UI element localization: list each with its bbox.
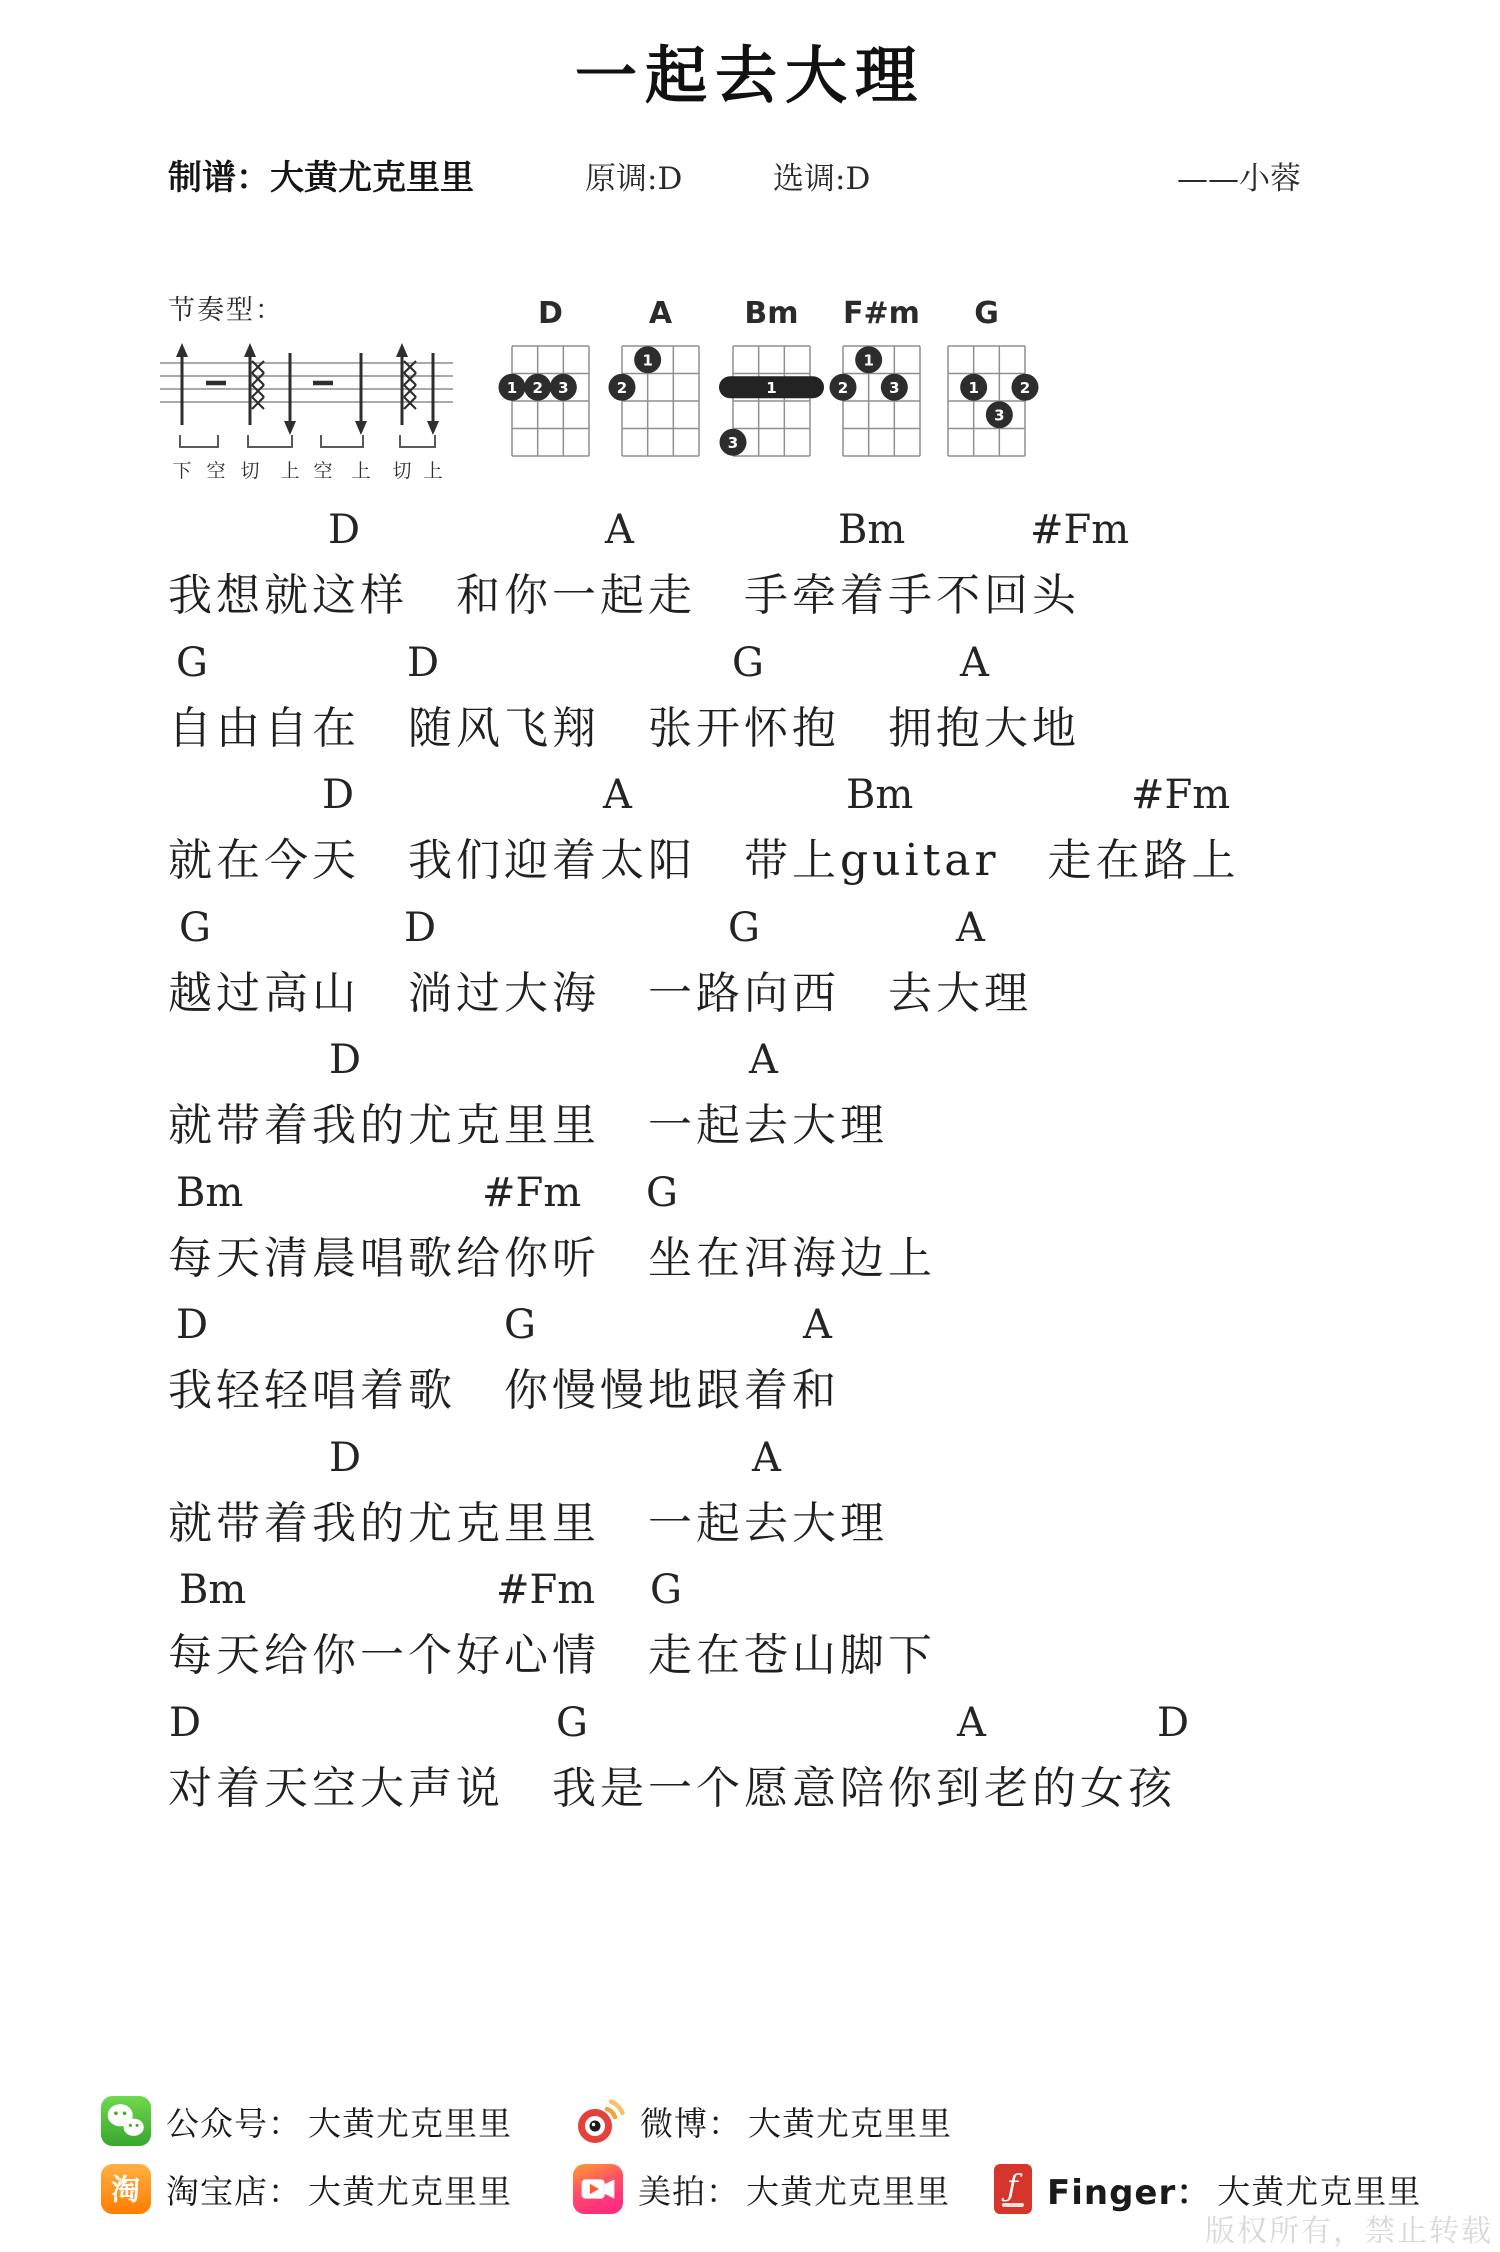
arrowhead-down <box>284 421 296 435</box>
chord-mark: Bm <box>838 507 905 553</box>
chord-mark: G <box>179 905 211 951</box>
lyric-text: 每天给你一个好心情 走在苍山脚下 <box>168 1619 936 1683</box>
stroke-label: 切 <box>392 460 411 482</box>
chord-diagram-name: G <box>928 296 1045 334</box>
chord-mark: A <box>803 1302 832 1348</box>
lyric-text: 就在今天 我们迎着太阳 带上guitar 走在路上 <box>168 824 1240 888</box>
chord-mark: D <box>328 507 360 553</box>
song-line-7: DGA我轻轻唱着歌 你慢慢地跟着和 <box>0 1302 1500 1434</box>
chord-mark: A <box>956 905 985 951</box>
chord-mark: G <box>732 640 764 686</box>
beat-bracket <box>248 435 292 447</box>
chord-mark: A <box>960 640 989 686</box>
chord-mark: #Fm <box>1030 507 1129 553</box>
fretboard-grid: 123 <box>823 334 940 468</box>
song-line-9: Bm#FmG每天给你一个好心情 走在苍山脚下 <box>0 1567 1500 1699</box>
song-line-2: GDGA自由自在 随风飞翔 张开怀抱 拥抱大地 <box>0 640 1500 772</box>
chord-mark: Bm <box>179 1567 246 1613</box>
chord-mark: D <box>329 1037 361 1083</box>
footer-value: 大黄尤克里里 <box>748 2098 952 2145</box>
chord-mark: #Fm <box>496 1567 595 1613</box>
arrowhead-up <box>176 343 188 357</box>
chord-diagram-name: D <box>492 296 609 334</box>
chord-diagram-name: Bm <box>713 296 830 334</box>
chord-mark: D <box>407 640 439 686</box>
finger-icon: ƒ <box>993 2163 1033 2215</box>
arrowhead-down <box>355 421 367 435</box>
chord-mark: Bm <box>176 1170 243 1216</box>
chord-mark: G <box>646 1170 678 1216</box>
footer-label: 淘宝店： <box>166 2166 302 2213</box>
stroke-label: 切 <box>240 460 259 482</box>
wechat-icon <box>100 2095 152 2147</box>
lyric-text: 就带着我的尤克里里 一起去大理 <box>168 1487 888 1551</box>
arranger-credit: 制谱：大黄尤克里里 <box>168 150 474 199</box>
lyric-text: 自由自在 随风飞翔 张开怀抱 拥抱大地 <box>168 692 1080 756</box>
chord-mark: D <box>329 1435 361 1481</box>
footer-value: 大黄尤克里里 <box>746 2166 950 2213</box>
chord-mark: A <box>749 1037 778 1083</box>
stroke-label: 下 <box>172 460 191 482</box>
fretboard-grid: 123 <box>928 334 1045 468</box>
footer-value: 大黄尤克里里 <box>308 2166 512 2213</box>
arrowhead-up <box>244 343 256 357</box>
beat-bracket <box>180 435 218 447</box>
arrowhead-down <box>427 421 439 435</box>
author-credit: ——小蓉 <box>1177 153 1301 198</box>
lyric-text: 每天清晨唱歌给你听 坐在洱海边上 <box>168 1222 936 1286</box>
footer-item-taobao: 淘 淘宝店： 大黄尤克里里 <box>100 2161 512 2217</box>
finger-number: 3 <box>994 406 1004 424</box>
chord-mark: G <box>176 640 208 686</box>
song-line-10: DGAD对着天空大声说 我是一个愿意陪你到老的女孩 <box>0 1700 1500 1832</box>
chord-diagram-Fsharpm: F#m123 <box>823 296 940 468</box>
lyric-text: 越过高山 淌过大海 一路向西 去大理 <box>168 957 1032 1021</box>
finger-number: 1 <box>863 351 873 369</box>
finger-number: 1 <box>642 351 652 369</box>
song-line-5: DA就带着我的尤克里里 一起去大理 <box>0 1037 1500 1169</box>
chord-mark: D <box>322 772 354 818</box>
barre-finger-number: 1 <box>766 379 776 397</box>
rhythm-svg: 下空切上空上切上 <box>155 333 465 483</box>
song-line-1: DABm#Fm我想就这样 和你一起走 手牵着手不回头 <box>0 507 1500 639</box>
song-line-6: Bm#FmG每天清晨唱歌给你听 坐在洱海边上 <box>0 1170 1500 1302</box>
footer-label: 公众号： <box>166 2098 302 2145</box>
footer-label: 美拍： <box>638 2166 740 2213</box>
finger-number: 2 <box>532 379 542 397</box>
rhythm-pattern-label: 节奏型： <box>168 288 284 327</box>
lyric-text: 就带着我的尤克里里 一起去大理 <box>168 1089 888 1153</box>
chord-mark: G <box>556 1700 588 1746</box>
footer-label: 微博： <box>640 2098 742 2145</box>
chord-mark: #Fm <box>482 1170 581 1216</box>
chord-mark: D <box>1157 1700 1189 1746</box>
meipai-icon <box>572 2163 624 2215</box>
lyric-text: 对着天空大声说 我是一个愿意陪你到老的女孩 <box>168 1752 1176 1816</box>
original-key: 原调:D <box>585 153 682 198</box>
chord-mark: G <box>504 1302 536 1348</box>
chord-mark: D <box>404 905 436 951</box>
fretboard-grid: 13 <box>713 334 830 468</box>
chord-mark: G <box>650 1567 682 1613</box>
chord-diagram-D: D123 <box>492 296 609 468</box>
stroke-label: 空 <box>313 460 332 482</box>
arrowhead-up <box>396 343 408 357</box>
song-line-8: DA就带着我的尤克里里 一起去大理 <box>0 1435 1500 1567</box>
finger-number: 3 <box>889 379 899 397</box>
footer-item-weibo: 微博： 大黄尤克里里 <box>572 2093 952 2149</box>
stroke-label: 上 <box>280 460 299 482</box>
chord-diagram-G: G123 <box>928 296 1045 468</box>
finger-number: 1 <box>507 379 517 397</box>
finger-number: 2 <box>1020 379 1030 397</box>
chord-diagram-Bm: Bm13 <box>713 296 830 468</box>
chord-mark: D <box>169 1700 201 1746</box>
footer-item-wechat: 公众号： 大黄尤克里里 <box>100 2093 512 2149</box>
song-title: 一起去大理 <box>0 26 1500 115</box>
chord-diagram-A: A12 <box>602 296 719 468</box>
chord-mark: D <box>176 1302 208 1348</box>
stroke-label: 上 <box>351 460 370 482</box>
taobao-glyph: 淘 <box>111 2173 141 2207</box>
footer-label: Finger： <box>1047 2165 1211 2214</box>
footer-value: 大黄尤克里里 <box>308 2098 512 2145</box>
lyric-text: 我轻轻唱着歌 你慢慢地跟着和 <box>168 1354 840 1418</box>
fretboard-grid: 12 <box>602 334 719 468</box>
chord-mark: #Fm <box>1131 772 1230 818</box>
fretboard-grid: 123 <box>492 334 609 468</box>
chord-diagram-name: F#m <box>823 296 940 334</box>
finger-number: 1 <box>968 379 978 397</box>
beat-bracket <box>400 435 435 447</box>
beat-bracket <box>321 435 363 447</box>
footer-item-meipai: 美拍： 大黄尤克里里 <box>572 2161 950 2217</box>
finger-number: 3 <box>728 434 738 452</box>
copyright-watermark: 版权所有，禁止转载 <box>1205 2206 1493 2250</box>
stroke-label: 空 <box>206 460 225 482</box>
finger-number: 2 <box>838 379 848 397</box>
chord-mark: A <box>603 772 632 818</box>
chord-mark: G <box>728 905 760 951</box>
weibo-icon <box>572 2094 626 2148</box>
chord-mark: A <box>957 1700 986 1746</box>
chord-diagram-name: A <box>602 296 719 334</box>
selected-key: 选调:D <box>773 153 870 198</box>
song-line-4: GDGA越过高山 淌过大海 一路向西 去大理 <box>0 905 1500 1037</box>
rhythm-pattern-diagram: 下空切上空上切上 <box>155 333 465 487</box>
stroke-label: 上 <box>423 460 442 482</box>
taobao-icon: 淘 <box>100 2163 152 2215</box>
song-line-3: DABm#Fm就在今天 我们迎着太阳 带上guitar 走在路上 <box>0 772 1500 904</box>
chord-mark: Bm <box>846 772 913 818</box>
chord-mark: A <box>605 507 634 553</box>
chord-mark: A <box>752 1435 781 1481</box>
finger-number: 2 <box>617 379 627 397</box>
finger-number: 3 <box>558 379 568 397</box>
lyric-text: 我想就这样 和你一起走 手牵着手不回头 <box>168 559 1080 623</box>
